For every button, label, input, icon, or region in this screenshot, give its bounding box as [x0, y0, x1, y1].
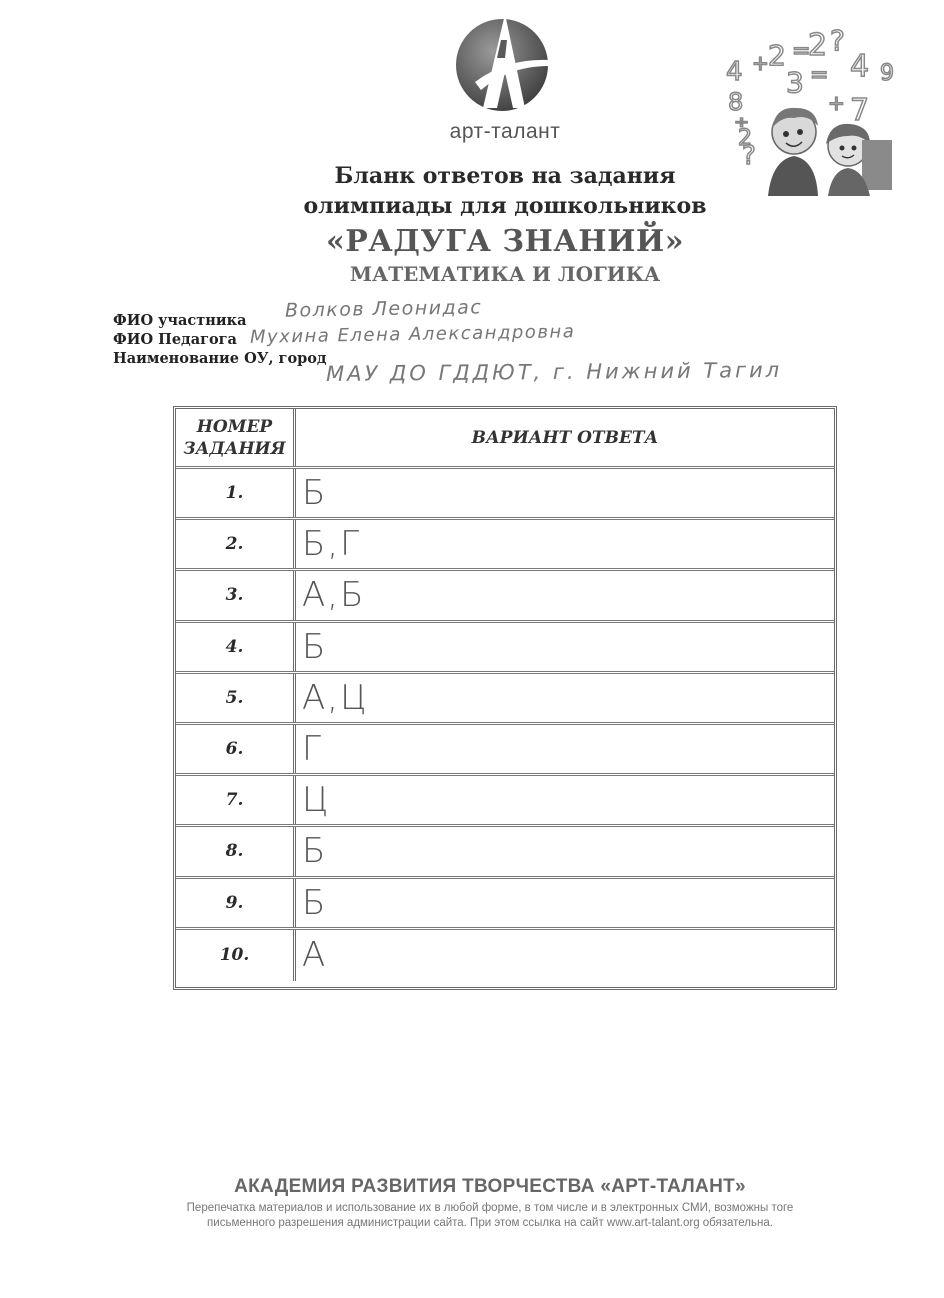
- svg-text:+: +: [828, 91, 845, 115]
- header-answer-variant: ВАРИАНТ ОТВЕТА: [296, 409, 834, 466]
- table-row: 5.А,Ц: [176, 674, 834, 725]
- table-row: 3.А,Б: [176, 571, 834, 622]
- header-task-number-line1: НОМЕР: [197, 416, 272, 438]
- answer-cell[interactable]: Г: [296, 725, 834, 773]
- answer-cell[interactable]: Б: [296, 827, 834, 875]
- task-number: 5.: [176, 674, 296, 722]
- task-number: 1.: [176, 469, 296, 517]
- title-line-1: Бланк ответов на задания: [180, 163, 830, 189]
- handwritten-answer: Б,Г: [302, 527, 361, 561]
- handwritten-answer: Б: [302, 886, 327, 920]
- answer-cell[interactable]: Б: [296, 623, 834, 671]
- svg-text:+: +: [752, 51, 769, 75]
- answer-cell[interactable]: Б,Г: [296, 520, 834, 568]
- table-row: 7.Ц: [176, 776, 834, 827]
- title-line-2: олимпиады для дошкольников: [180, 193, 830, 219]
- answer-cell[interactable]: Ц: [296, 776, 834, 824]
- handwritten-answer: А,Б: [302, 578, 365, 612]
- task-number: 3.: [176, 571, 296, 619]
- handwritten-answer: Б: [302, 630, 327, 664]
- table-row: 9.Б: [176, 879, 834, 930]
- teacher-label: ФИО Педагога: [113, 331, 237, 348]
- table-row: 10.А: [176, 930, 834, 981]
- task-number: 8.: [176, 827, 296, 875]
- handwritten-answer: Г: [302, 732, 323, 766]
- table-row: 4.Б: [176, 623, 834, 674]
- footer-title: АКАДЕМИЯ РАЗВИТИЯ ТВОРЧЕСТВА «АРТ-ТАЛАНТ…: [130, 1176, 850, 1198]
- table-row: 1.Б: [176, 469, 834, 520]
- header-task-number: НОМЕР ЗАДАНИЯ: [176, 409, 296, 466]
- footer-note-line2: письменного разрешения администрации сай…: [130, 1216, 850, 1231]
- task-number: 10.: [176, 930, 296, 981]
- olympiad-name: «РАДУГА ЗНАНИЙ»: [180, 224, 830, 259]
- table-row: 6.Г: [176, 725, 834, 776]
- svg-text:4: 4: [850, 49, 869, 84]
- school-label: Наименование ОУ, город: [113, 350, 327, 367]
- participant-name-field[interactable]: Волков Леонидас: [285, 296, 483, 321]
- footer-note-line1: Перепечатка материалов и использование и…: [130, 1201, 850, 1216]
- task-number: 2.: [176, 520, 296, 568]
- answer-cell[interactable]: А,Б: [296, 571, 834, 619]
- svg-text:=: =: [810, 63, 828, 88]
- task-number: 4.: [176, 623, 296, 671]
- task-number: 7.: [176, 776, 296, 824]
- art-talant-logo-icon: [445, 10, 560, 120]
- handwritten-answer: Ц: [302, 783, 330, 817]
- answer-table: НОМЕР ЗАДАНИЯ ВАРИАНТ ОТВЕТА 1.Б2.Б,Г3.А…: [173, 406, 837, 990]
- svg-text:7: 7: [850, 93, 869, 128]
- footer-note: Перепечатка материалов и использование и…: [130, 1201, 850, 1231]
- answer-cell[interactable]: Б: [296, 469, 834, 517]
- handwritten-answer: Б: [302, 834, 327, 868]
- answer-cell[interactable]: Б: [296, 879, 834, 927]
- table-header-row: НОМЕР ЗАДАНИЯ ВАРИАНТ ОТВЕТА: [176, 409, 834, 469]
- answer-cell[interactable]: А,Ц: [296, 674, 834, 722]
- svg-text:2: 2: [768, 39, 786, 72]
- handwritten-answer: Б: [302, 476, 327, 510]
- task-number: 9.: [176, 879, 296, 927]
- answer-cell[interactable]: А: [296, 930, 834, 981]
- svg-text:?: ?: [830, 24, 845, 57]
- svg-text:9: 9: [880, 61, 894, 86]
- handwritten-answer: А,Ц: [302, 681, 368, 715]
- table-row: 2.Б,Г: [176, 520, 834, 571]
- task-number: 6.: [176, 725, 296, 773]
- svg-text:3: 3: [786, 66, 804, 99]
- header-task-number-line2: ЗАДАНИЯ: [183, 438, 285, 460]
- logo-text: арт-талант: [400, 120, 610, 144]
- handwritten-answer: А: [302, 938, 327, 972]
- svg-text:4: 4: [726, 57, 743, 87]
- svg-text:2: 2: [808, 28, 827, 63]
- participant-label: ФИО участника: [113, 312, 246, 329]
- school-name-field[interactable]: МАУ ДО ГДДЮТ, г. Нижний Тагил: [326, 358, 782, 386]
- subject-name: МАТЕМАТИКА И ЛОГИКА: [180, 262, 830, 286]
- table-row: 8.Б: [176, 827, 834, 878]
- teacher-name-field[interactable]: Мухина Елена Александровна: [250, 321, 576, 348]
